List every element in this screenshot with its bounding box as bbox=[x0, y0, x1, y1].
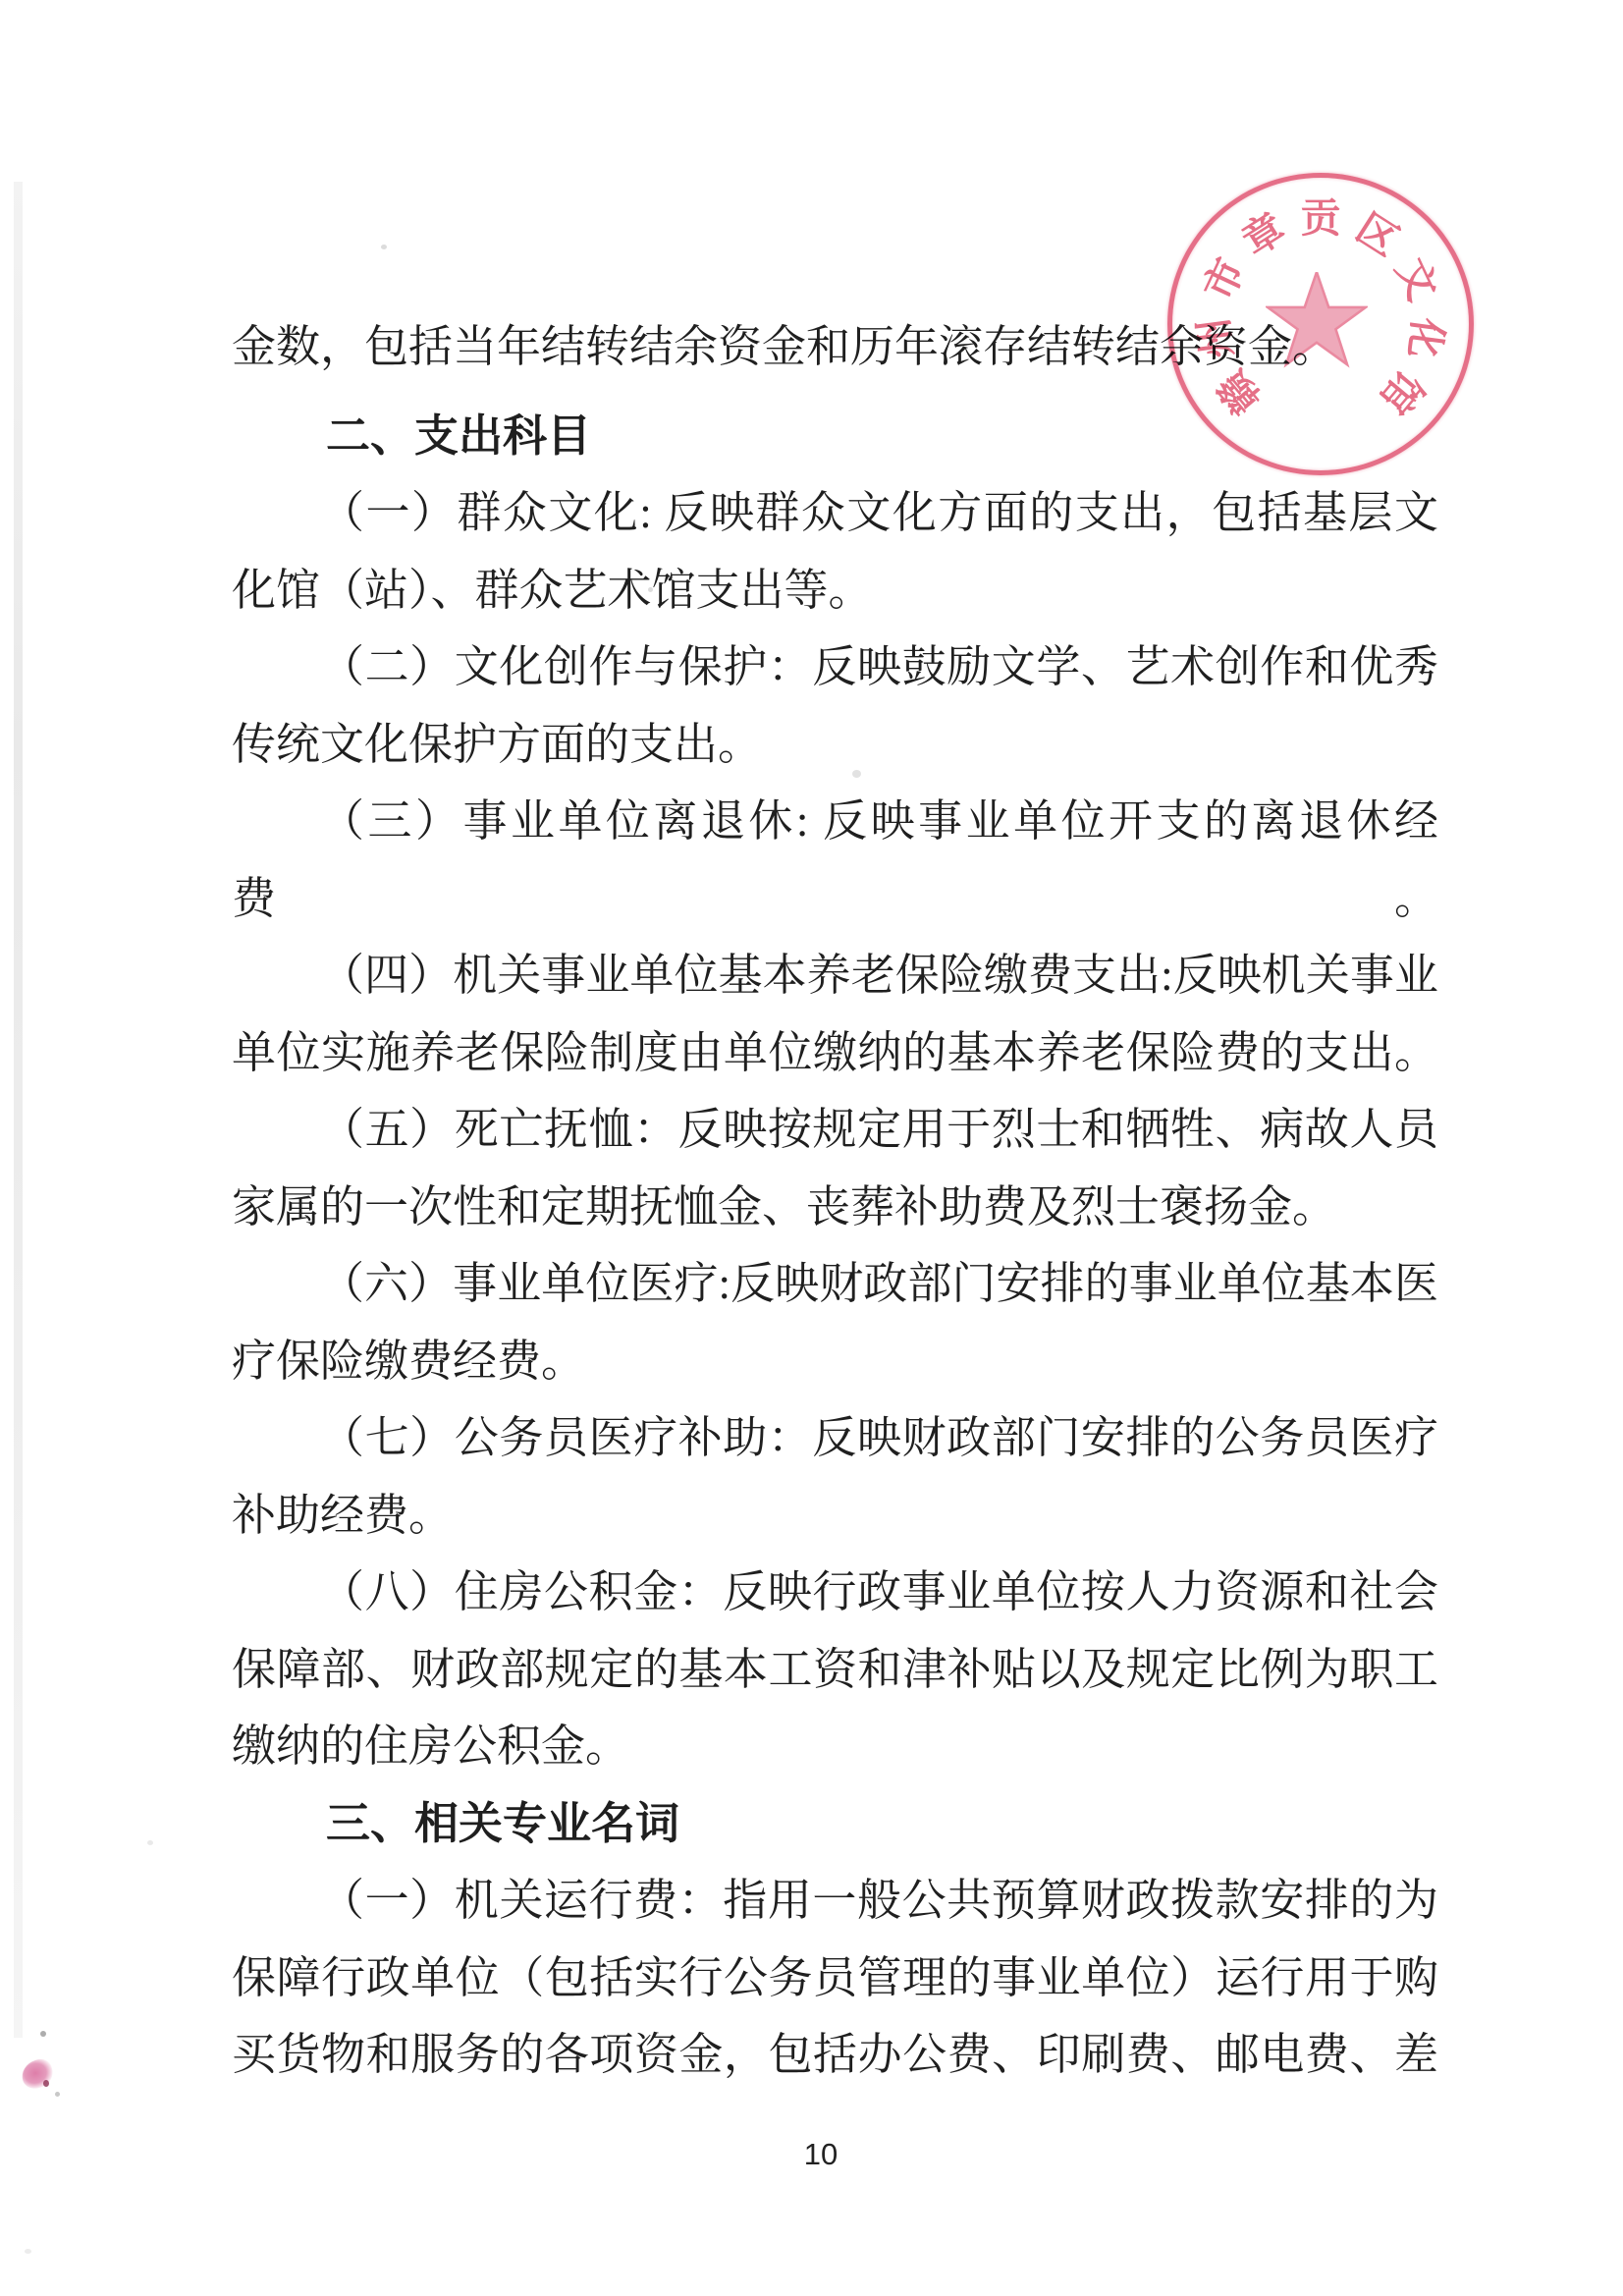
seal-character: 州 bbox=[1191, 313, 1239, 361]
scan-edge-artifact bbox=[14, 182, 23, 2038]
scan-speck bbox=[147, 1840, 153, 1845]
text-line: 疗保险缴费经费。 bbox=[232, 1323, 1438, 1400]
text-line: 单位实施养老保险制度由单位缴纳的基本养老保险费的支出。 bbox=[232, 1014, 1438, 1092]
text-line: 买货物和服务的各项资金，包括办公费、印刷费、邮电费、差 bbox=[232, 2016, 1438, 2094]
text-line: 保障行政单位（包括实行公务员管理的事业单位）运行用于购 bbox=[232, 1940, 1438, 2017]
text-line: （三）事业单位离退休: 反映事业单位开支的离退休经费。 bbox=[232, 783, 1438, 937]
scan-speck bbox=[25, 2249, 31, 2254]
text-line: 化馆（站）、群众艺术馆支出等。 bbox=[232, 552, 1438, 629]
text-line: （二）文化创作与保护：反映鼓励文学、艺术创作和优秀 bbox=[232, 629, 1438, 706]
text-line: 传统文化保护方面的支出。 bbox=[232, 706, 1438, 784]
seal-character: 化 bbox=[1401, 313, 1449, 361]
document-body: 金数，包括当年结转结余资金和历年滚存结转结余资金。 二、支出科目 （一）群众文化… bbox=[232, 308, 1438, 2094]
text-line: （一）机关运行费：指用一般公共预算财政拨款安排的为 bbox=[232, 1862, 1438, 1940]
text-line: （四）机关事业单位基本养老保险缴费支出:反映机关事业 bbox=[232, 937, 1438, 1014]
text-line: （一）群众文化: 反映群众文化方面的支出，包括基层文 bbox=[232, 474, 1438, 552]
ink-dot bbox=[43, 2080, 49, 2087]
text-line: 保障部、财政部规定的基本工资和津补贴以及规定比例为职工 bbox=[232, 1631, 1438, 1709]
text-line: 缴纳的住房公积金。 bbox=[232, 1708, 1438, 1785]
section-heading-terms: 三、相关专业名词 bbox=[232, 1785, 1438, 1863]
official-seal: 赣 州 市 章 贡 区 文 化 馆 bbox=[1167, 173, 1474, 475]
text-line: （八）住房公积金：反映行政事业单位按人力资源和社会 bbox=[232, 1554, 1438, 1631]
text-line: （五）死亡抚恤：反映按规定用于烈士和牺牲、病故人员 bbox=[232, 1091, 1438, 1169]
pink-ink-smudge bbox=[18, 2056, 56, 2093]
text-line: 家属的一次性和定期抚恤金、丧葬补助费及烈士褒扬金。 bbox=[232, 1169, 1438, 1246]
scan-speck bbox=[40, 2031, 46, 2037]
seal-character: 贡 bbox=[1299, 196, 1342, 240]
scanned-document-page: 金数，包括当年结转结余资金和历年滚存结转结余资金。 二、支出科目 （一）群众文化… bbox=[0, 0, 1623, 2296]
scan-speck bbox=[381, 245, 387, 249]
text-line: （七）公务员医疗补助：反映财政部门安排的公务员医疗 bbox=[232, 1399, 1438, 1477]
text-line: 补助经费。 bbox=[232, 1477, 1438, 1555]
scan-speck bbox=[55, 2092, 60, 2097]
page-number: 10 bbox=[791, 2137, 850, 2172]
text-line: （六）事业单位医疗:反映财政部门安排的事业单位基本医 bbox=[232, 1245, 1438, 1323]
star-icon bbox=[1266, 272, 1368, 370]
